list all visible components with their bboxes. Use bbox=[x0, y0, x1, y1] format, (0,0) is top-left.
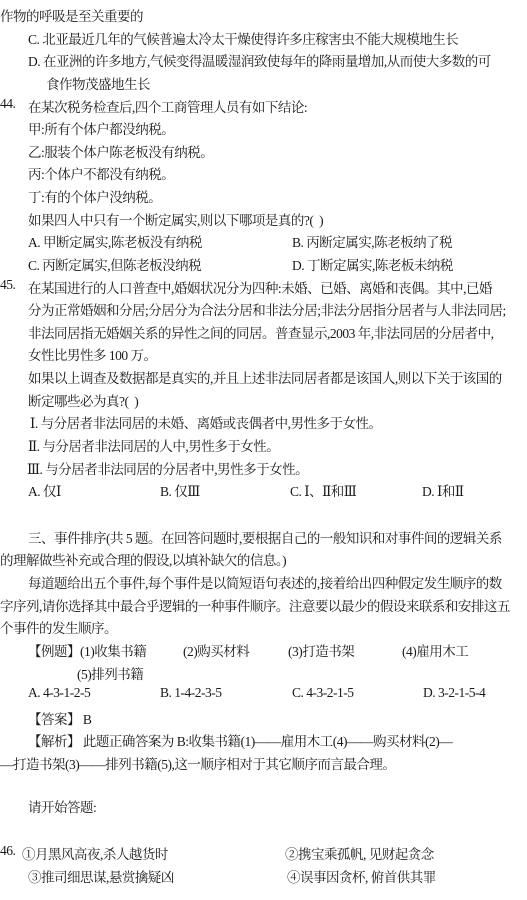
text-segment: 非法同居指无婚姻关系的异性之间的同居。普查显示,2003 年,非法同居的分居者中… bbox=[28, 322, 494, 342]
text-segment: 字序列,请你选择其中最合乎逻辑的一种事件顺序。注意要以最少的假设来联系和安排这五 bbox=[0, 595, 510, 615]
text-segment: B. 丙断定属实,陈老板纳了税 bbox=[292, 231, 452, 251]
q44-statement-yi: 乙:服装个体户陈老板没有纳税。 bbox=[0, 138, 527, 161]
text-segment: 每道题给出五个事件,每个事件是以简短语句表述的,接着给出四种假定发生顺序的数 bbox=[28, 572, 502, 592]
text-segment: 在某国进行的人口普查中,婚姻状况分为四种:未婚、已婚、离婚和丧偶。其中,已婚 bbox=[28, 277, 492, 297]
text-segment: Ⅱ. 与分居者非法同居的人中,男性多于女性。 bbox=[28, 435, 279, 455]
q45-stem-line2: 分为正常婚姻和分居;分居分为合法分居和非法分居;非法分居指分居者与人非法同居; bbox=[0, 296, 527, 319]
text-segment: ④误事因贪杯, 俯首供其罪 bbox=[287, 866, 436, 886]
q45-item-1: Ⅰ. 与分居者非法同居的未婚、离婚或丧偶者中,男性多于女性。 bbox=[0, 409, 527, 432]
text-segment: (2)购买材料 bbox=[183, 640, 249, 660]
q45-stem-line3: 非法同居指无婚姻关系的异性之间的同居。普查显示,2003 年,非法同居的分居者中… bbox=[0, 319, 527, 342]
section3-instructions-line1: 每道题给出五个事件,每个事件是以简短语句表述的,接着给出四种假定发生顺序的数 bbox=[0, 569, 527, 592]
section3-instructions-line2: 字序列,请你选择其中最合乎逻辑的一种事件顺序。注意要以最少的假设来联系和安排这五 bbox=[0, 592, 527, 615]
q44-options-ab: A. 甲断定属实,陈老板没有纳税B. 丙断定属实,陈老板纳了税 bbox=[0, 228, 527, 251]
text-segment: 【解析】 此题正确答案为 B:收集书籍(1)——雇用木工(4)——购买材料(2)… bbox=[28, 730, 452, 750]
text-segment: 【例题】(1)收集书籍 bbox=[28, 640, 146, 660]
text-segment: D. 3-2-1-5-4 bbox=[423, 685, 485, 701]
example-events-line1: 【例题】(1)收集书籍(2)购买材料(3)打造书架(4)雇用木工 bbox=[0, 637, 527, 660]
text-segment: 46. bbox=[0, 843, 15, 859]
text-segment: (3)打造书架 bbox=[288, 640, 354, 660]
q46-events-line1: 46.①月黑风高夜,杀人越货时②携宝乘孤帆, 见财起贪念 bbox=[0, 840, 527, 863]
q43-option-d: D. 在亚洲的许多地方,气候变得温暖湿润致使每年的降雨量增加,从而使大多数的可 bbox=[0, 47, 527, 70]
text-segment: D. 丁断定属实,陈老板未纳税 bbox=[292, 254, 453, 274]
text-segment: 45. bbox=[0, 277, 15, 293]
text-segment: A. 仅Ⅰ bbox=[28, 480, 61, 500]
text-segment: 【答案】 B bbox=[28, 708, 91, 728]
text-segment: 丁:有的个体户没纳税。 bbox=[28, 186, 161, 206]
text-segment: C. 丙断定属实,但陈老板没纳税 bbox=[28, 254, 201, 274]
q46-events-line2: ③推司细思谋,悬赏擒疑凶④误事因贪杯, 俯首供其罪 bbox=[0, 863, 527, 886]
text-segment: B. 仅Ⅲ bbox=[160, 480, 200, 500]
q44-statement-jia: 甲:所有个体户都没纳税。 bbox=[0, 115, 527, 138]
q45-stem-line1: 45.在某国进行的人口普查中,婚姻状况分为四种:未婚、已婚、离婚和丧偶。其中,已… bbox=[0, 274, 527, 297]
text-segment: C. 北亚最近几年的气候普遍太冷太干燥使得许多庄稼害虫不能大规模地生长 bbox=[28, 28, 458, 48]
text-segment: 44. bbox=[0, 96, 15, 112]
q43-option-d-wrap: 食作物茂盛地生长 bbox=[0, 70, 527, 93]
q45-options: A. 仅ⅠB. 仅ⅢC. Ⅰ、Ⅱ和ⅢD. Ⅰ和Ⅱ bbox=[0, 477, 527, 500]
text-segment: ②携宝乘孤帆, 见财起贪念 bbox=[285, 843, 434, 863]
q45-question-line1: 如果以上调查及数据都是真实的,并且上述非法同居者都是该国人,则以下关于该国的 bbox=[0, 364, 527, 387]
text-segment: 食作物茂盛地生长 bbox=[46, 73, 150, 93]
text-segment: 丙:个体户不都没有纳税。 bbox=[28, 163, 174, 183]
text-segment: A. 4-3-1-2-5 bbox=[28, 685, 90, 701]
q44-statement-ding: 丁:有的个体户没纳税。 bbox=[0, 183, 527, 206]
text-segment: ①月黑风高夜,杀人越货时 bbox=[22, 843, 168, 863]
example-events-line2: (5)排列书籍 bbox=[0, 660, 527, 683]
text-segment: C. 4-3-2-1-5 bbox=[292, 685, 354, 701]
text-segment: 乙:服装个体户陈老板没有纳税。 bbox=[28, 141, 213, 161]
section3-instructions-line3: 个事件的发生顺序。 bbox=[0, 614, 527, 637]
q44-options-cd: C. 丙断定属实,但陈老板没纳税D. 丁断定属实,陈老板未纳税 bbox=[0, 251, 527, 274]
text-segment: C. Ⅰ、Ⅱ和Ⅲ bbox=[290, 480, 356, 500]
document-page: 作物的呼吸是至关重要的C. 北亚最近几年的气候普遍太冷太干燥使得许多庄稼害虫不能… bbox=[0, 0, 527, 900]
q44-statement-bing: 丙:个体户不都没有纳税。 bbox=[0, 160, 527, 183]
text-segment: D. Ⅰ和Ⅱ bbox=[422, 480, 464, 500]
text-segment: 请开始答题: bbox=[28, 796, 96, 816]
text-segment: Ⅲ. 与分居者非法同居的分居者中,男性多于女性。 bbox=[27, 458, 308, 478]
text-segment: (5)排列书籍 bbox=[77, 663, 143, 683]
text-segment: 如果以上调查及数据都是真实的,并且上述非法同居者都是该国人,则以下关于该国的 bbox=[28, 367, 502, 387]
q45-item-2: Ⅱ. 与分居者非法同居的人中,男性多于女性。 bbox=[0, 432, 527, 455]
q44-stem: 44.在某次税务检查后,四个工商管理人员有如下结论: bbox=[0, 93, 527, 116]
text-segment: 在某次税务检查后,四个工商管理人员有如下结论: bbox=[28, 96, 307, 116]
text-segment: (4)雇用木工 bbox=[402, 640, 468, 660]
q45-stem-line4: 女性比男性多 100 万。 bbox=[0, 341, 527, 364]
text-segment: 的理解做些补充或合理的假设,以填补缺欠的信息。) bbox=[0, 549, 286, 569]
text-segment: 断定哪些必为真?( ) bbox=[28, 390, 138, 410]
example-options: A. 4-3-1-2-5B. 1-4-2-3-5C. 4-3-2-1-5D. 3… bbox=[0, 682, 527, 705]
section3-header-line1: 三、事件排序(共 5 题。在回答问题时,要根据自己的一般知识和对事件间的逻辑关系 bbox=[0, 524, 527, 547]
document-body: 作物的呼吸是至关重要的C. 北亚最近几年的气候普遍太冷太干燥使得许多庄稼害虫不能… bbox=[0, 2, 527, 886]
text-segment: 作物的呼吸是至关重要的 bbox=[0, 5, 143, 25]
begin-answering-prompt: 请开始答题: bbox=[0, 793, 527, 816]
text-segment: 如果四人中只有一个断定属实,则以下哪项是真的?( ) bbox=[28, 209, 323, 229]
text-segment: A. 甲断定属实,陈老板没有纳税 bbox=[28, 231, 202, 251]
text-segment: 甲:所有个体户都没纳税。 bbox=[28, 118, 174, 138]
text-segment: 分为正常婚姻和分居;分居分为合法分居和非法分居;非法分居指分居者与人非法同居; bbox=[28, 299, 506, 319]
example-answer: 【答案】 B bbox=[0, 705, 527, 728]
text-segment: D. 在亚洲的许多地方,气候变得温暖湿润致使每年的降雨量增加,从而使大多数的可 bbox=[28, 50, 491, 70]
text-segment: —打造书架(3)——排列书籍(5),这一顺序相对于其它顺序而言最合理。 bbox=[0, 753, 395, 773]
text-segment: 个事件的发生顺序。 bbox=[0, 617, 117, 637]
text-segment: B. 1-4-2-3-5 bbox=[160, 685, 222, 701]
example-analysis-line1: 【解析】 此题正确答案为 B:收集书籍(1)——雇用木工(4)——购买材料(2)… bbox=[0, 727, 527, 750]
section3-header-line2: 的理解做些补充或合理的假设,以填补缺欠的信息。) bbox=[0, 546, 527, 569]
text-segment: ③推司细思谋,悬赏擒疑凶 bbox=[28, 866, 174, 886]
q45-item-3: Ⅲ. 与分居者非法同居的分居者中,男性多于女性。 bbox=[0, 455, 527, 478]
q45-question-line2: 断定哪些必为真?( ) bbox=[0, 387, 527, 410]
example-analysis-line2: —打造书架(3)——排列书籍(5),这一顺序相对于其它顺序而言最合理。 bbox=[0, 750, 527, 773]
text-segment: 三、事件排序(共 5 题。在回答问题时,要根据自己的一般知识和对事件间的逻辑关系 bbox=[28, 527, 502, 547]
q43-stem-continuation: 作物的呼吸是至关重要的 bbox=[0, 2, 527, 25]
q43-option-c: C. 北亚最近几年的气候普遍太冷太干燥使得许多庄稼害虫不能大规模地生长 bbox=[0, 25, 527, 48]
text-segment: 女性比男性多 100 万。 bbox=[28, 344, 157, 364]
text-segment: Ⅰ. 与分居者非法同居的未婚、离婚或丧偶者中,男性多于女性。 bbox=[30, 412, 381, 432]
q44-question: 如果四人中只有一个断定属实,则以下哪项是真的?( ) bbox=[0, 206, 527, 229]
